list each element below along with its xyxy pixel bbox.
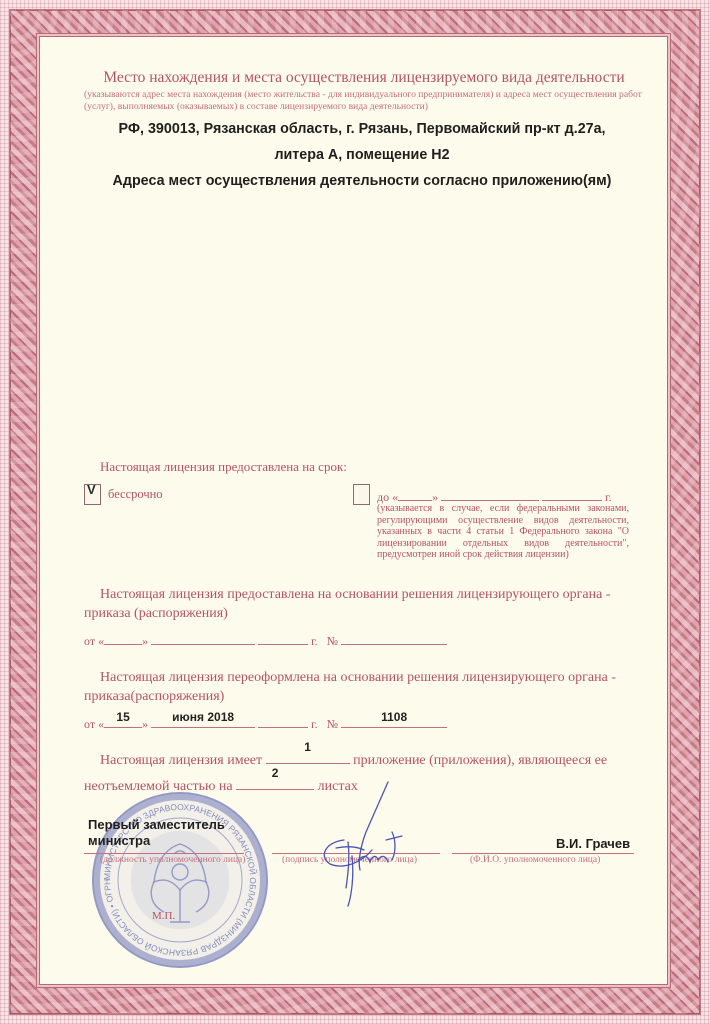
term-title: Настоящая лицензия предоставлена на срок…	[100, 459, 347, 475]
reissue-order-row: от «15» июня 2018 г. № 1108	[84, 714, 447, 732]
address-line-2: литера А, помещение Н2	[72, 147, 652, 163]
until-year-suffix: г.	[605, 490, 612, 504]
location-heading: Место нахождения и места осуществления л…	[84, 69, 644, 87]
appendix-count-field[interactable]: 1	[266, 750, 350, 764]
reissue-number-field[interactable]: 1108	[341, 714, 447, 728]
until-year-field[interactable]	[542, 487, 602, 501]
until-date-checkbox[interactable]	[353, 484, 370, 505]
until-label: до «	[377, 490, 398, 504]
basis-number-field[interactable]	[341, 631, 447, 645]
appendix-text-after: приложение (приложения), являющееся ее	[353, 753, 607, 768]
name-underline	[452, 853, 634, 854]
position-line-1: Первый заместитель	[88, 817, 225, 833]
basis-day-field[interactable]	[104, 631, 142, 645]
until-day-field[interactable]	[398, 487, 432, 501]
signatory-name: В.И. Грачев	[556, 836, 630, 851]
basis-from-label: от «	[84, 634, 104, 648]
appendix-text-line2: неотъемлемой частью на	[84, 779, 233, 794]
basis-number-label: №	[327, 634, 338, 648]
basis-month-year-field[interactable]	[151, 631, 255, 645]
reissue-from-label: от «	[84, 717, 104, 731]
reissue-close-quote: »	[142, 717, 148, 731]
reissue-month-year-field[interactable]: июня 2018	[151, 714, 255, 728]
check-mark-icon: V	[87, 482, 96, 497]
caption-position: (должность уполномоченного лица)	[100, 855, 245, 865]
reissue-text: Настоящая лицензия переоформлена на осно…	[84, 668, 644, 706]
basis-close-quote: »	[142, 634, 148, 648]
basis-year-suffix: г.	[311, 634, 318, 648]
reissue-day-field[interactable]: 15	[104, 714, 142, 728]
position-line-2: министра	[88, 833, 225, 849]
basis-year-blank[interactable]	[258, 631, 308, 645]
reissue-year-suffix: г.	[311, 717, 318, 731]
basis-text: Настоящая лицензия предоставлена на осно…	[84, 585, 644, 623]
location-note: (указываются адрес места нахождения (мес…	[84, 89, 644, 113]
reissue-number-label: №	[327, 717, 338, 731]
caption-name: (Ф.И.О. уполномоченного лица)	[470, 855, 600, 865]
perpetual-checkbox[interactable]: V	[84, 484, 101, 505]
address-line-1: РФ, 390013, Рязанская область, г. Рязань…	[72, 121, 652, 137]
until-note: (указывается в случае, если федеральными…	[377, 503, 629, 561]
basis-order-row: от «» г. №	[84, 631, 447, 649]
position-underline	[84, 853, 244, 854]
seal-placeholder-label: М.П.	[152, 910, 175, 922]
reissue-year-blank[interactable]	[258, 714, 308, 728]
handwritten-signature-icon	[300, 770, 410, 910]
signatory-position: Первый заместитель министра	[88, 817, 225, 849]
address-line-3: Адреса мест осуществления деятельности с…	[72, 173, 652, 189]
until-month-field[interactable]	[441, 487, 539, 501]
until-close-quote: »	[432, 490, 438, 504]
perpetual-label: бессрочно	[108, 487, 163, 502]
